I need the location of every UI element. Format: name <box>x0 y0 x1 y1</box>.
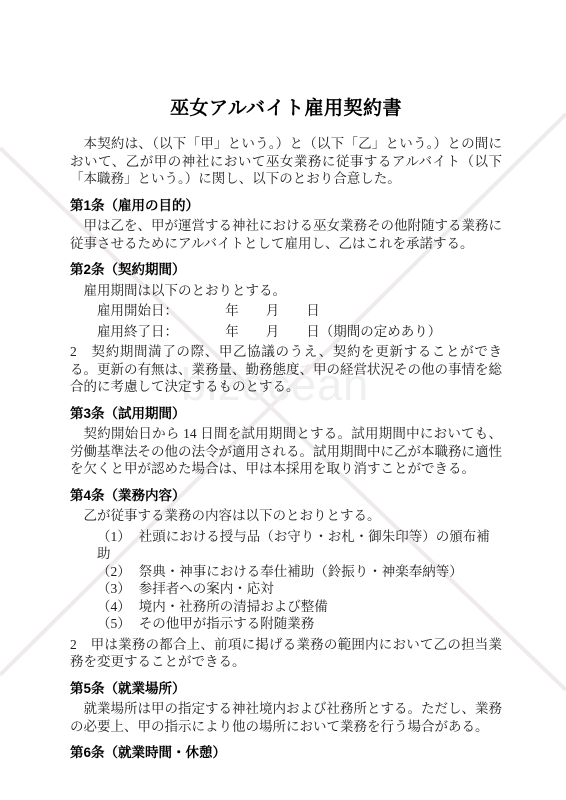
duty-item-4-number: （4） <box>97 599 131 614</box>
article-4-lead-paragraph: 乙が従事する業務の内容は以下のとおりとする。 <box>70 507 502 525</box>
article-5-paragraph: 就業場所は甲の指定する神社境内および社務所とする。ただし、業務の必要上、甲の指示… <box>70 700 502 735</box>
duty-item-3-number: （3） <box>97 581 131 596</box>
article-6-heading: 第6条（就業時間・休憩） <box>70 744 502 762</box>
article-3-paragraph: 契約開始日から 14 日間を試用期間とする。試用期間中においても、労働基準法その… <box>70 425 502 478</box>
article-4-heading: 第4条（業務内容） <box>70 487 502 505</box>
duty-list: （1）社頭における授与品（お守り・お札・御朱印等）の頒布補助 （2）祭典・神事に… <box>70 528 502 633</box>
duty-item-2-number: （2） <box>97 564 131 579</box>
duty-item-1-number: （1） <box>97 529 131 544</box>
article-1-heading: 第1条（雇用の目的） <box>70 197 502 215</box>
article-3-heading: 第3条（試用期間） <box>70 405 502 423</box>
article-5-heading: 第5条（就業場所） <box>70 680 502 698</box>
contract-document: 巫女アルバイト雇用契約書 本契約は、（以下「甲」という。）と（以下「乙」という。… <box>70 96 502 762</box>
intro-paragraph: 本契約は、（以下「甲」という。）と（以下「乙」という。）との間において、乙が甲の… <box>70 135 502 188</box>
duty-item-3: （3）参拝者への案内・応対 <box>97 580 502 598</box>
article-2-heading: 第2条（契約期間） <box>70 261 502 279</box>
employment-end-date-line: 雇用終了日： 年 月 日（期間の定めあり） <box>70 323 502 341</box>
duty-item-3-text: 参拝者への案内・応対 <box>139 581 274 596</box>
duty-item-1: （1）社頭における授与品（お守り・お札・御朱印等）の頒布補助 <box>97 528 502 563</box>
article-2-clause-2: 2 契約期間満了の際、甲乙協議のうえ、契約を更新することができる。更新の有無は、… <box>70 343 502 396</box>
article-4-clause-2: 2 甲は業務の都合上、前項に掲げる業務の範囲内において乙の担当業務を変更すること… <box>70 636 502 671</box>
duty-item-5-number: （5） <box>97 616 131 631</box>
duty-item-2-text: 祭典・神事における奉仕補助（鈴振り・神楽奉納等） <box>139 564 463 579</box>
duty-item-4-text: 境内・社務所の清掃および整備 <box>139 599 328 614</box>
duty-item-5-text: その他甲が指示する附随業務 <box>139 616 315 631</box>
document-title: 巫女アルバイト雇用契約書 <box>70 96 502 122</box>
duty-item-4: （4）境内・社務所の清掃および整備 <box>97 598 502 616</box>
article-2-lead-paragraph: 雇用期間は以下のとおりとする。 <box>70 282 502 300</box>
employment-start-date-line: 雇用開始日： 年 月 日 <box>70 302 502 320</box>
document-page: ビズオーシャン bizocean 巫女アルバイト雇用契約書 本契約は、（以下「甲… <box>0 0 566 800</box>
duty-item-2: （2）祭典・神事における奉仕補助（鈴振り・神楽奉納等） <box>97 563 502 581</box>
article-1-paragraph: 甲は乙を、甲が運営する神社における巫女業務その他附随する業務に従事させるためにア… <box>70 217 502 252</box>
duty-item-1-text: 社頭における授与品（お守り・お札・御朱印等）の頒布補助 <box>97 529 490 562</box>
duty-item-5: （5）その他甲が指示する附随業務 <box>97 615 502 633</box>
